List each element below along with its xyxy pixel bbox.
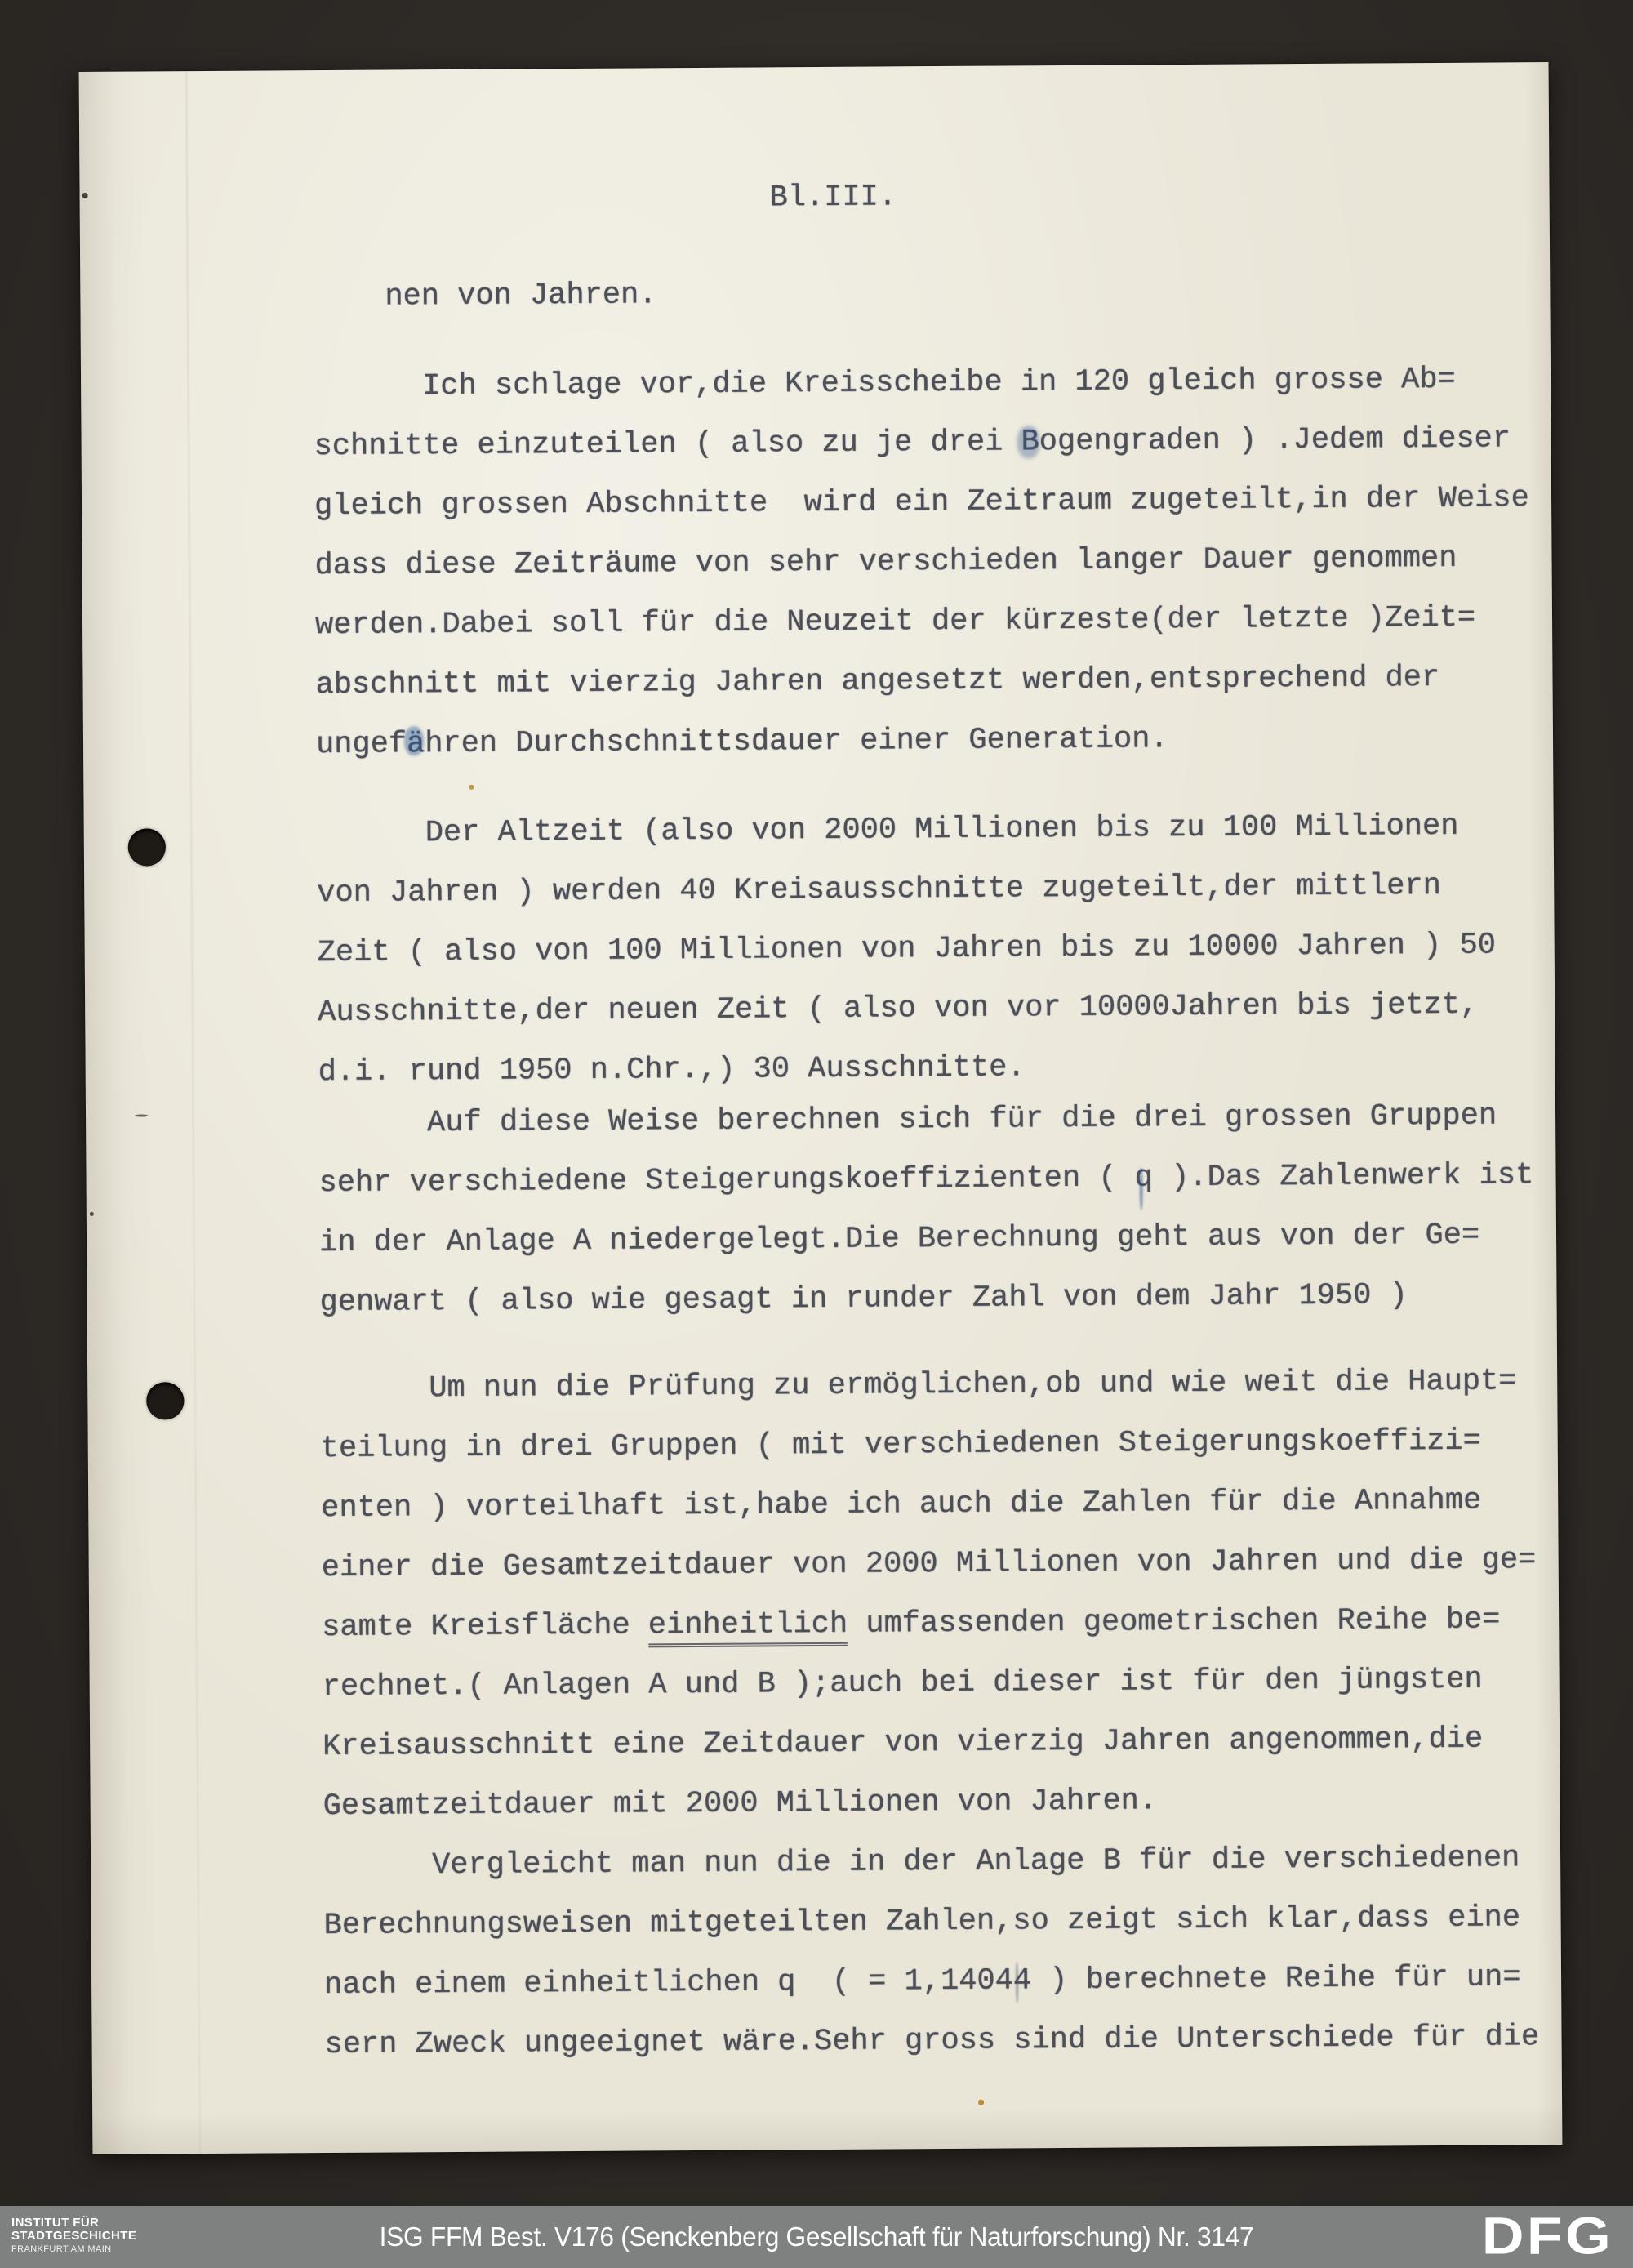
text-line: d.i. rund 1950 n.Chr.,) 30 Ausschnitte. (318, 1051, 1026, 1089)
institute-name-line1: INSTITUT FÜR (11, 2217, 136, 2230)
text-line: Kreisausschnitt eine Zeitdauer von vierz… (323, 1723, 1483, 1764)
paper-crease (185, 71, 202, 2154)
document-page: Bl.III.nen von Jahren.Ich schlage vor,di… (79, 62, 1563, 2154)
archive-footer-bar: INSTITUT FÜR STADTGESCHICHTE FRANKFURT A… (0, 2206, 1633, 2268)
text-line: einer die Gesamtzeitdauer von 2000 Milli… (322, 1544, 1537, 1585)
text-line: nach einem einheitlichen q ( = 1,14044 )… (324, 1961, 1521, 2002)
text-line: dass diese Zeiträume von sehr verschiede… (314, 542, 1457, 583)
text-line: samte Kreisfläche einheitlich umfassende… (322, 1603, 1501, 1644)
text-line: nen von Jahren. (385, 278, 656, 314)
punch-holes (79, 62, 1549, 72)
ink-smudge (1017, 426, 1039, 458)
underlined-word: einheitlich (648, 1607, 848, 1648)
text-line: Um nun die Prüfung zu ermöglichen,ob und… (429, 1365, 1516, 1406)
text-line: Gesamtzeitdauer mit 2000 Millionen von J… (323, 1785, 1158, 1823)
punch-hole (128, 828, 166, 866)
text-line: werden.Dabei soll für die Neuzeit der kü… (315, 602, 1475, 643)
text-line: gleich grossen Abschnitte wird ein Zeitr… (314, 482, 1529, 524)
dfg-logo: DFG (1482, 2210, 1613, 2262)
text-line: teilung in drei Gruppen ( mit verschiede… (321, 1425, 1481, 1466)
text-line: Bl.III. (769, 180, 897, 215)
text-line: Berechnungsweisen mitgeteilten Zahlen,so… (323, 1901, 1520, 1942)
text-line: Der Altzeit (also von 2000 Millionen bis… (425, 810, 1459, 850)
typewritten-text: Bl.III.nen von Jahren.Ich schlage vor,di… (79, 62, 1549, 72)
text-line: schnitte einzuteilen ( also zu je drei B… (314, 422, 1511, 463)
text-line: Ausschnitte,der neuen Zeit ( also von vo… (318, 989, 1478, 1030)
text-line: genwart ( also wie gesagt in runder Zahl… (319, 1279, 1407, 1320)
institute-name-line2: STADTGESCHICHTE (11, 2230, 136, 2243)
archive-reference: ISG FFM Best. V176 (Senckenberg Gesellsc… (380, 2221, 1254, 2252)
text-line: Ich schlage vor,die Kreisscheibe in 120 … (422, 363, 1456, 403)
text-line: abschnitt mit vierzig Jahren angesetzt w… (315, 662, 1439, 702)
text-line: enten ) vorteilhaft ist,habe ich auch di… (321, 1485, 1481, 1526)
paper-speck (469, 785, 474, 790)
institute-logo: INSTITUT FÜR STADTGESCHICHTE FRANKFURT A… (11, 2217, 136, 2255)
text-line: rechnet.( Anlagen A und B );auch bei die… (323, 1664, 1483, 1704)
text-line: sehr verschiedene Steigerungskoeffizient… (318, 1159, 1533, 1201)
institute-city: FRANKFURT AM MAIN (11, 2244, 136, 2255)
text-line: sern Zweck ungeeignet wäre.Sehr gross si… (324, 2021, 1539, 2062)
text-line: Auf diese Weise berechnen sich für die d… (427, 1100, 1497, 1140)
paper-speck (978, 2100, 984, 2105)
punch-hole (146, 1382, 184, 1419)
ink-smudge (404, 726, 424, 755)
text-line: Vergleicht man nun die in der Anlage B f… (432, 1842, 1520, 1883)
ink-marks (79, 62, 1549, 72)
paper-speck (90, 1212, 94, 1216)
text-line: ungefähren Durchschnittsdauer einer Gene… (316, 723, 1168, 762)
text-line: in der Anlage A niedergelegt.Die Berechn… (319, 1219, 1479, 1260)
paper-speck (135, 1114, 148, 1116)
text-line: Zeit ( also von 100 Millionen von Jahren… (318, 929, 1496, 970)
paper-speck (82, 193, 88, 198)
text-line: von Jahren ) werden 40 Kreisausschnitte … (317, 870, 1441, 911)
scan-viewport: Bl.III.nen von Jahren.Ich schlage vor,di… (0, 0, 1633, 2268)
